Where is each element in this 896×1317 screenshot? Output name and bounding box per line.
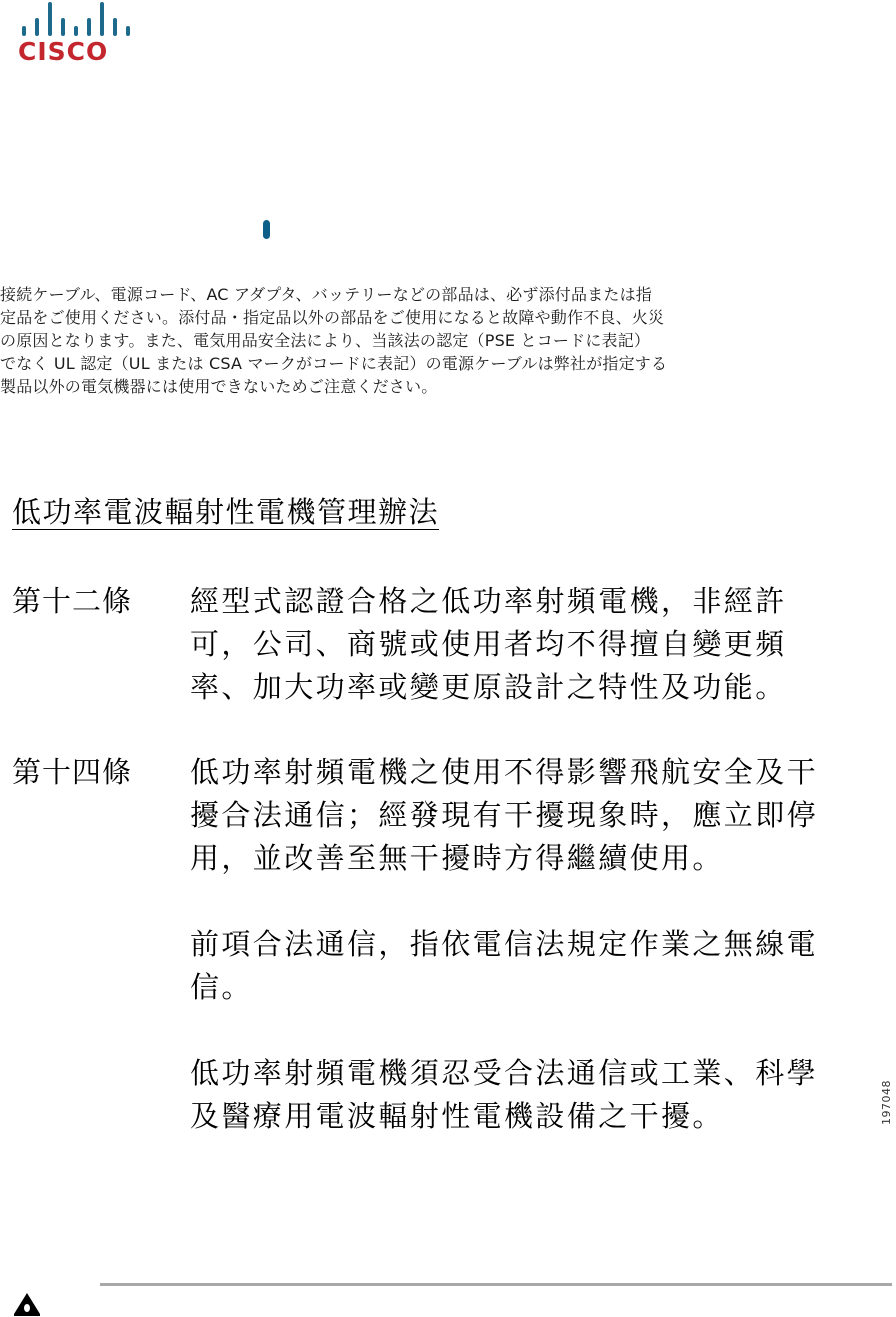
blue-pill-mark — [263, 220, 270, 239]
text-line: 可，公司、商號或使用者均不得擅自變更頻 — [190, 623, 890, 666]
text-line: 率、加大功率或變更原設計之特性及功能。 — [190, 666, 890, 709]
text-line: 及醫療用電波輻射性電機設備之干擾。 — [190, 1095, 890, 1138]
paragraph: 經型式認證合格之低功率射頻電機，非經許 可，公司、商號或使用者均不得擅自變更頻 … — [190, 580, 890, 709]
paragraph: 低功率射頻電機之使用不得影響飛航安全及干 擾合法通信；經發現有干擾現象時，應立即… — [190, 751, 890, 880]
regulation-title: 低功率電波輻射性電機管理辦法 — [12, 495, 439, 530]
caution-triangle-icon — [12, 1291, 42, 1317]
text-line: 擾合法通信；經發現有干擾現象時，應立即停 — [190, 794, 890, 837]
text-line: 經型式認證合格之低功率射頻電機，非經許 — [190, 580, 890, 623]
text-line: 低功率射頻電機之使用不得影響飛航安全及干 — [190, 751, 890, 794]
paragraph: 前項合法通信，指依電信法規定作業之無線電 信。 — [190, 923, 890, 1009]
article-body: 經型式認證合格之低功率射頻電機，非經許 可，公司、商號或使用者均不得擅自變更頻 … — [190, 580, 890, 709]
text-line: 低功率射頻電機須忍受合法通信或工業、科學 — [190, 1052, 890, 1095]
paragraph: 低功率射頻電機須忍受合法通信或工業、科學 及醫療用電波輻射性電機設備之干擾。 — [190, 1052, 890, 1138]
cisco-wordmark: CISCO — [18, 38, 108, 66]
article-body: 低功率射頻電機之使用不得影響飛航安全及干 擾合法通信；經發現有干擾現象時，應立即… — [190, 751, 890, 1138]
notice-line: でなく UL 認定（UL または CSA マークがコードに表記）の電源ケーブルは… — [0, 352, 830, 375]
notice-line: の原因となります。また、電気用品安全法により、当該法の認定（PSE とコードに表… — [0, 329, 830, 352]
cisco-bars-icon — [12, 0, 122, 36]
figure-id: 197048 — [880, 1075, 893, 1125]
text-line: 前項合法通信，指依電信法規定作業之無線電 — [190, 923, 890, 966]
article-label: 第十二條 — [12, 580, 132, 623]
notice-line: 製品以外の電気機器には使用できないためご注意ください。 — [0, 375, 830, 398]
cisco-logo: CISCO — [12, 0, 122, 70]
notice-line: 定品をご使用ください。添付品・指定品以外の部品をご使用になると故障や動作不良、火… — [0, 306, 830, 329]
text-line: 用，並改善至無干擾時方得繼續使用。 — [190, 837, 890, 880]
notice-line: 接続ケーブル、電源コード、AC アダプタ、バッテリーなどの部品は、必ず添付品また… — [0, 283, 830, 306]
text-line: 信。 — [190, 966, 890, 1009]
article-label: 第十四條 — [12, 751, 132, 794]
section-divider — [100, 1283, 892, 1286]
japanese-power-cord-notice: 接続ケーブル、電源コード、AC アダプタ、バッテリーなどの部品は、必ず添付品また… — [0, 283, 830, 398]
